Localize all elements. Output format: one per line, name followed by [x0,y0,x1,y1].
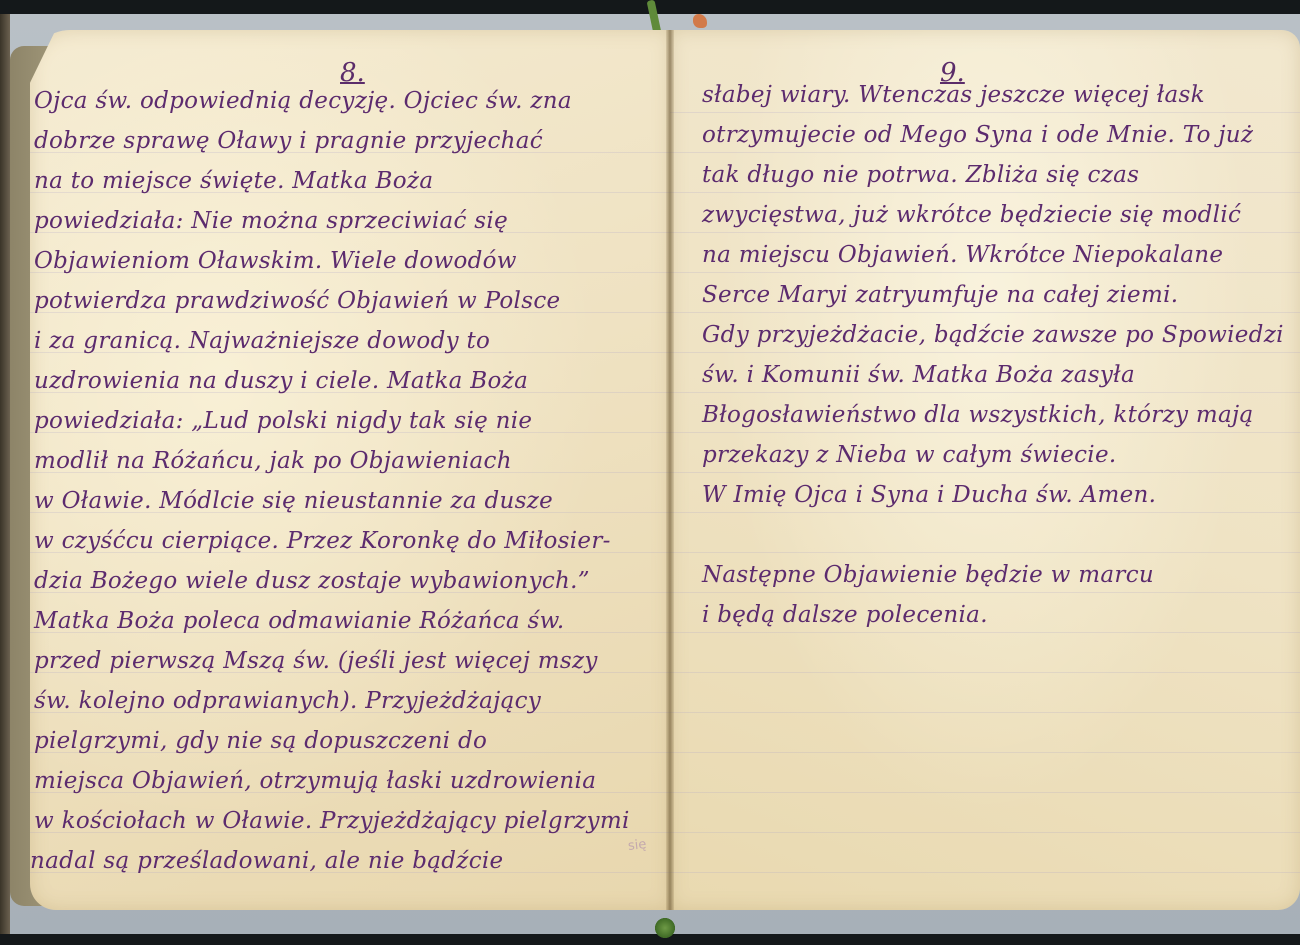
text-line: dzia Bożego wiele dusz zostaje wybawiony… [34,568,590,594]
text-line: tak długo nie potrwa. Zbliża się czas [702,162,1139,188]
text-line: miejsca Objawień, otrzymują łaski uzdrow… [34,768,596,794]
left-page: 8. Ojca św. odpowiednią decyzję. Ojciec … [30,30,670,910]
text-line: św. kolejno odprawianych). Przyjeżdżając… [34,688,541,714]
notebook-spine [0,14,10,934]
text-line: otrzymujecie od Mego Syna i ode Mnie. To… [702,122,1253,148]
text-line: potwierdza prawdziwość Objawień w Polsce [34,288,560,314]
text-line: przekazy z Nieba w całym świecie. [702,442,1116,468]
right-page: 9. słabej wiary. Wtenczas jeszcze więcej… [670,30,1300,910]
page-number-left: 8. [340,58,365,88]
text-line: W Imię Ojca i Syna i Ducha św. Amen. [702,482,1156,508]
faint-margin-note: się [627,837,647,854]
text-line: Serce Maryi zatryumfuje na całej ziemi. [702,282,1178,308]
text-line: nadal są prześladowani, ale nie bądźcie [30,848,503,874]
text-line: Objawieniom Oławskim. Wiele dowodów [34,248,517,274]
closing-line: i będą dalsze polecenia. [702,602,988,628]
text-line: powiedziała: Nie można sprzeciwiać się [34,208,508,234]
text-line: św. i Komunii św. Matka Boża zasyła [702,362,1135,388]
text-line: w czyśćcu cierpiące. Przez Koronkę do Mi… [34,528,611,554]
text-line: słabej wiary. Wtenczas jeszcze więcej ła… [702,82,1205,108]
text-line: Gdy przyjeżdżacie, bądźcie zawsze po Spo… [702,322,1284,348]
text-line: Błogosławieństwo dla wszystkich, którzy … [702,402,1253,428]
text-line: w Oławie. Módlcie się nieustannie za dus… [34,488,553,514]
text-line: pielgrzymi, gdy nie są dopuszczeni do [34,728,487,754]
bookmark-ribbon-bottom [655,918,675,938]
text-line: przed pierwszą Mszą św. (jeśli jest więc… [34,648,598,674]
bookmark-tab [693,14,707,28]
text-line: powiedziała: „Lud polski nigdy tak się n… [34,408,532,434]
text-line: dobrze sprawę Oławy i pragnie przyjechać [34,128,543,154]
text-line: uzdrowienia na duszy i ciele. Matka Boża [34,368,528,394]
text-line: modlił na Różańcu, jak po Objawieniach [34,448,512,474]
text-line: Ojca św. odpowiednią decyzję. Ojciec św.… [34,88,572,114]
closing-line: Następne Objawienie będzie w marcu [702,562,1154,588]
text-line: na miejscu Objawień. Wkrótce Niepokalane [702,242,1223,268]
text-line: Matka Boża poleca odmawianie Różańca św. [34,608,565,634]
text-line: i za granicą. Najważniejsze dowody to [34,328,490,354]
text-line: zwycięstwa, już wkrótce będziecie się mo… [702,202,1241,228]
text-line: w kościołach w Oławie. Przyjeżdżający pi… [34,808,630,834]
text-line: na to miejsce święte. Matka Boża [34,168,433,194]
page-gutter [666,30,674,910]
